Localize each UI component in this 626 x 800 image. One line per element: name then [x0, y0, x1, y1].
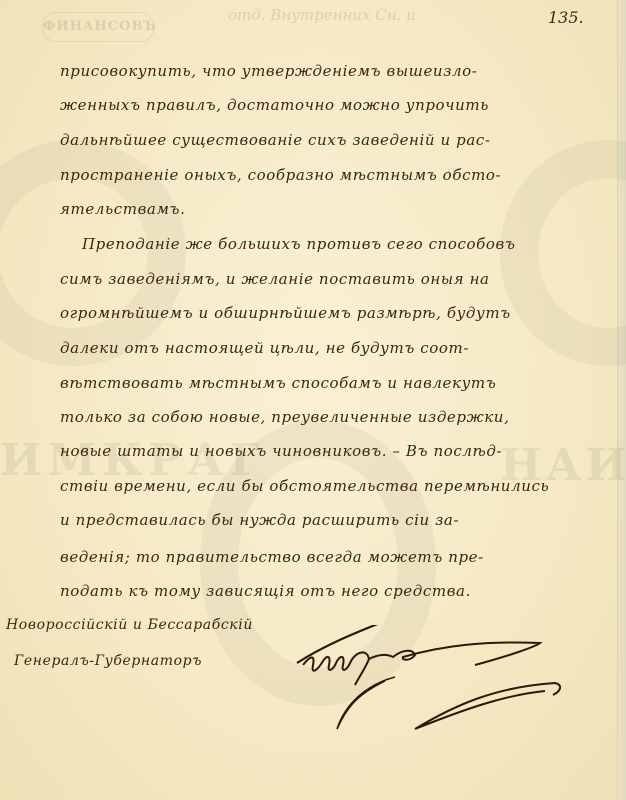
folio-number: 135. [548, 8, 584, 27]
body-line: огромнѣйшемъ и обширнѣйшемъ размѣрѣ, буд… [60, 304, 511, 322]
watermark-ornament [500, 140, 626, 366]
closing-title-line1: Новороссiйскiй и Бессарабскiй [6, 617, 253, 633]
body-line: Преподанiе же большихъ противъ сего спос… [82, 235, 516, 253]
body-line: только за собою новые, преувеличенные из… [60, 408, 509, 426]
body-line: ятельствамъ. [60, 200, 185, 218]
body-line: веденiя; то правительство всегда можетъ … [60, 548, 484, 566]
body-line: ствiи времени, если бы обстоятельства пе… [60, 477, 549, 495]
body-line: пространенiе оныхъ, сообразно мѣстнымъ о… [60, 166, 501, 184]
document-page: ИМКРАГ НАИМ ФИНАНСОВЪ отд. Внутренних Сн… [0, 0, 626, 800]
body-line: новые штаты и новыхъ чиновниковъ. – Въ п… [60, 442, 502, 460]
body-line: дальнѣйшее существованiе сихъ заведенiй … [60, 131, 491, 149]
body-line: далеки отъ настоящей цѣли, не будутъ соо… [60, 339, 469, 357]
closing-title-line2: Генералъ-Губернаторъ [14, 653, 202, 669]
body-line: женныхъ правилъ, достаточно можно упрочи… [60, 96, 489, 114]
faint-header-text: отд. Внутренних Сн. и [228, 6, 416, 24]
body-line: вѣтствовать мѣстнымъ способамъ и навлеку… [60, 374, 496, 392]
body-line: и представилась бы нужда расширить сiи з… [60, 511, 459, 529]
body-line: симъ заведенiямъ, и желанiе поставить он… [60, 270, 490, 288]
page-edge [617, 0, 626, 800]
body-line: подать къ тому зависящiя отъ него средст… [60, 582, 471, 600]
body-line: присовокупить, что утвержденiемъ вышеизл… [60, 62, 477, 80]
signature-icon [285, 625, 565, 735]
watermark-stamp: ФИНАНСОВЪ [42, 12, 154, 42]
